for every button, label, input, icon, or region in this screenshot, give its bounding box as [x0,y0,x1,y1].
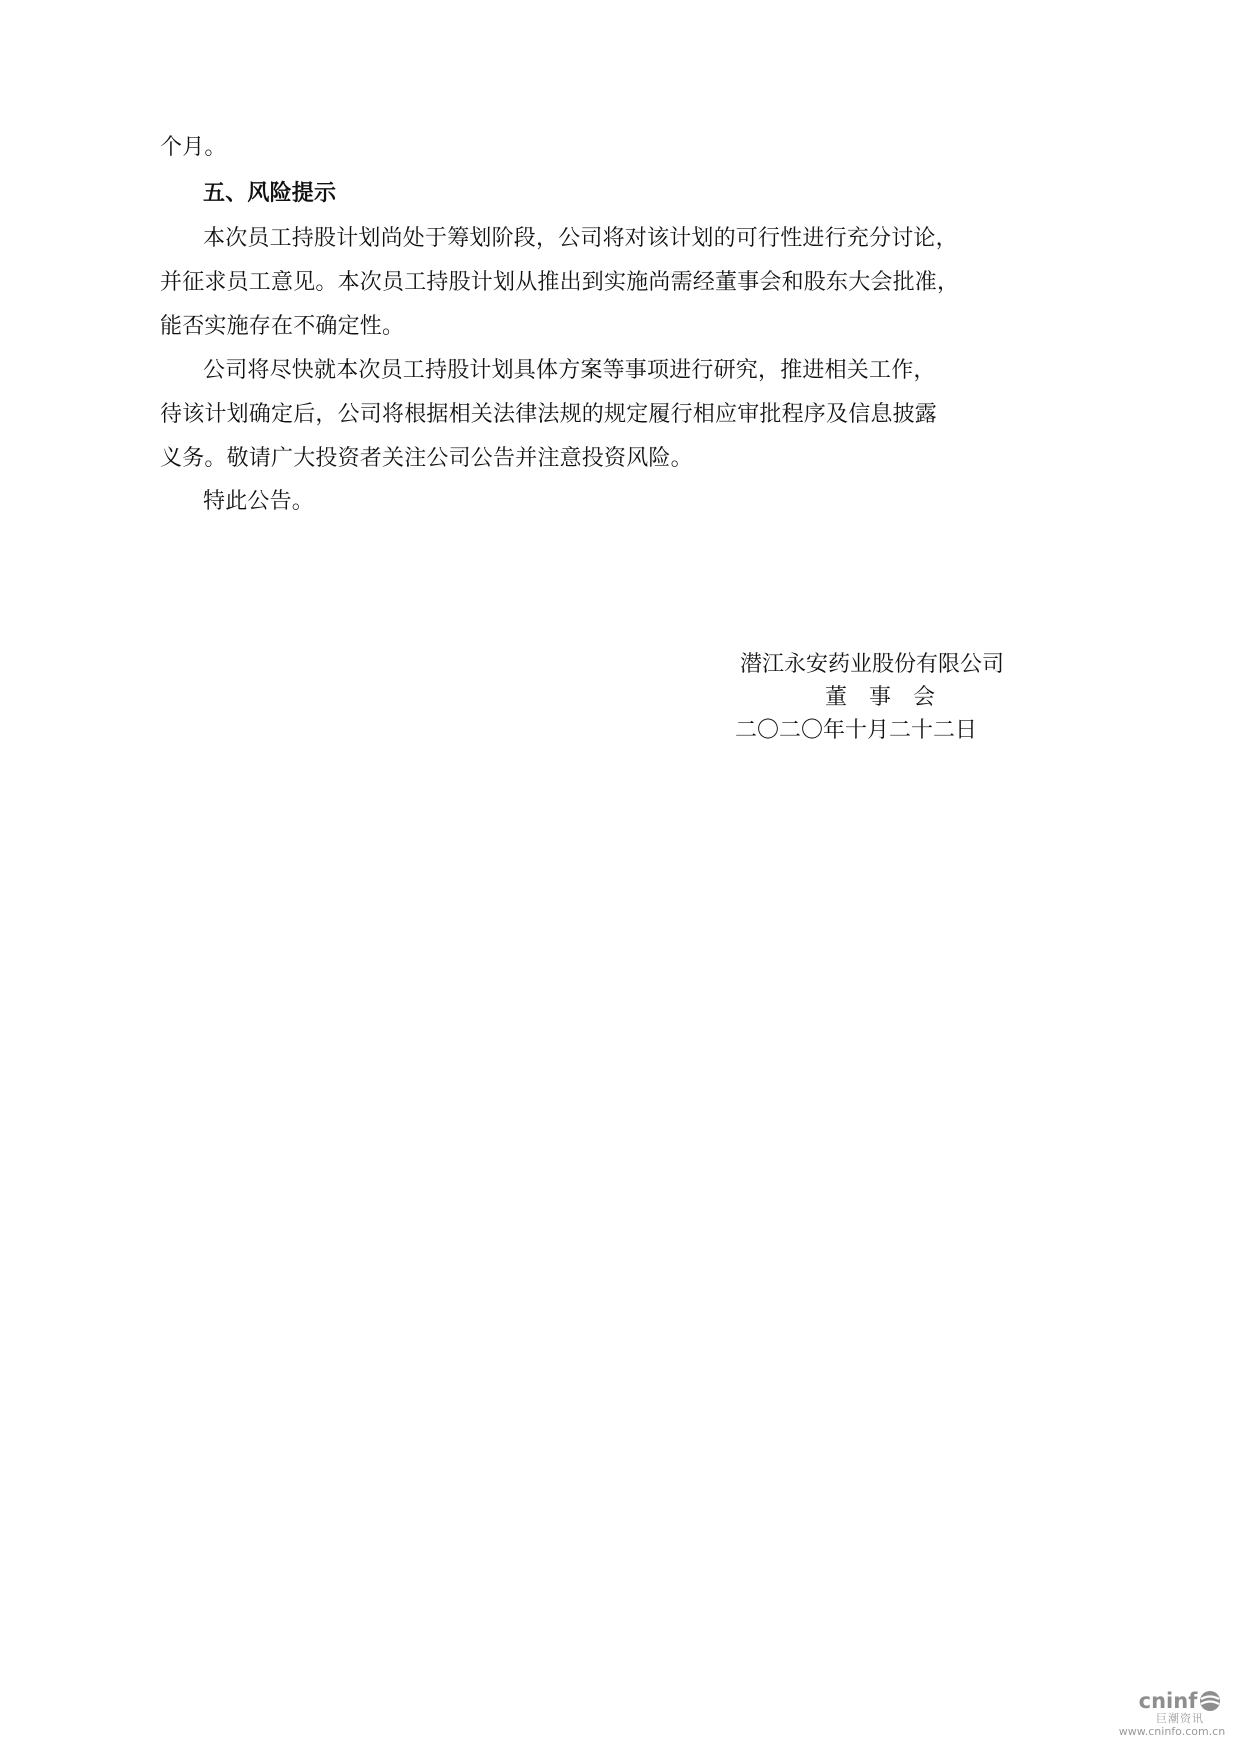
signature-company: 潜江永安药业股份有限公司 [740,650,1004,680]
cninfo-logo-icon [1199,1690,1221,1712]
cninfo-url: www.cninfo.com.cn [1112,1725,1232,1738]
body-line-8: 义务。敬请广大投资者关注公司公告并注意投资风险。 [160,444,693,474]
body-line-6: 公司将尽快就本次员工持股计划具体方案等事项进行研究，推进相关工作， [203,356,936,386]
body-line-1: 个月。 [160,133,227,163]
cninfo-brand: cninf [1120,1690,1240,1712]
cninfo-watermark: cninf 巨潮资讯 www.cninfo.com.cn [1120,1690,1240,1738]
body-line-4: 并征求员工意见。本次员工持股计划从推出到实施尚需经董事会和股东大会批准， [160,268,959,298]
body-line-3: 本次员工持股计划尚处于筹划阶段，公司将对该计划的可行性进行充分讨论， [203,224,958,254]
cninfo-chinese-name: 巨潮资讯 [1120,1712,1240,1725]
section-heading-risk: 五、风险提示 [203,179,336,209]
signature-date: 二〇二〇年十月二十二日 [735,716,977,746]
body-line-5: 能否实施存在不确定性。 [160,312,404,342]
brand-text: cninf [1139,1690,1198,1712]
signature-board: 董 事 会 [825,683,935,713]
document-page: 个月。 五、风险提示 本次员工持股计划尚处于筹划阶段，公司将对该计划的可行性进行… [0,0,1241,1754]
closing-line: 特此公告。 [203,487,314,517]
body-line-7: 待该计划确定后，公司将根据相关法律法规的规定履行相应审批程序及信息披露 [160,400,937,430]
